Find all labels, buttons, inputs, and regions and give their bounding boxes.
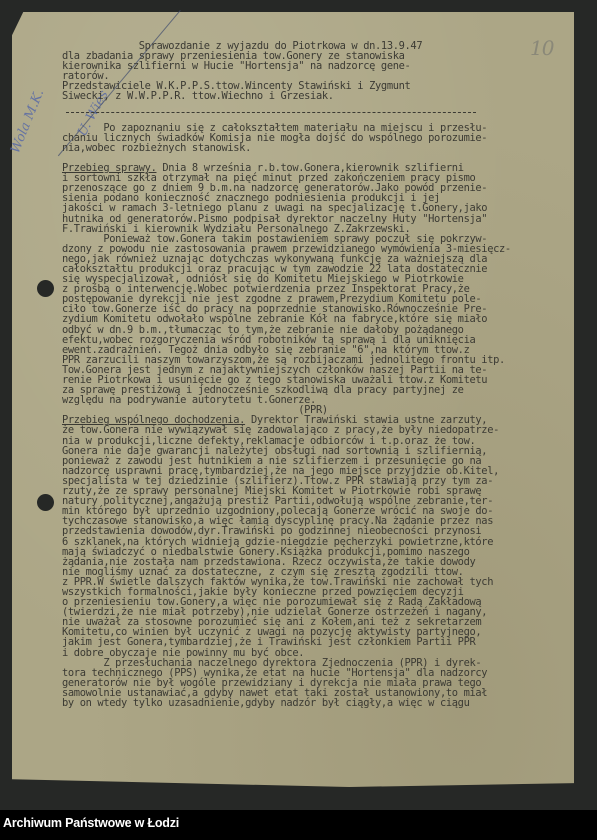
archive-label: Archiwum Państwowe w Łodzi (3, 816, 179, 830)
punch-hole-top (37, 280, 54, 297)
section-2-line: by on wtedy tylko uzasadnienie,gdyby nad… (62, 698, 572, 708)
intro-line: nia,wobec rozbieżnych stanowisk. (62, 143, 572, 153)
section-2-line: przedstawienia dowodów,dyr.Trawiński po … (62, 526, 572, 536)
document-text: Sprawozdanie z wyjazdu do Piotrkowa w dn… (62, 41, 572, 708)
heading-line: kierownika szlifierni w Hucie "Hortensja… (62, 61, 572, 71)
heading-line: Siwecki, z W.W.P.P.R. ttow.Wiechno i Grz… (62, 91, 572, 101)
punch-hole-bottom (37, 494, 54, 511)
section-1-line: jakości w ramach 3-letniego planu z uwag… (62, 203, 572, 213)
separator-rule (66, 102, 476, 113)
